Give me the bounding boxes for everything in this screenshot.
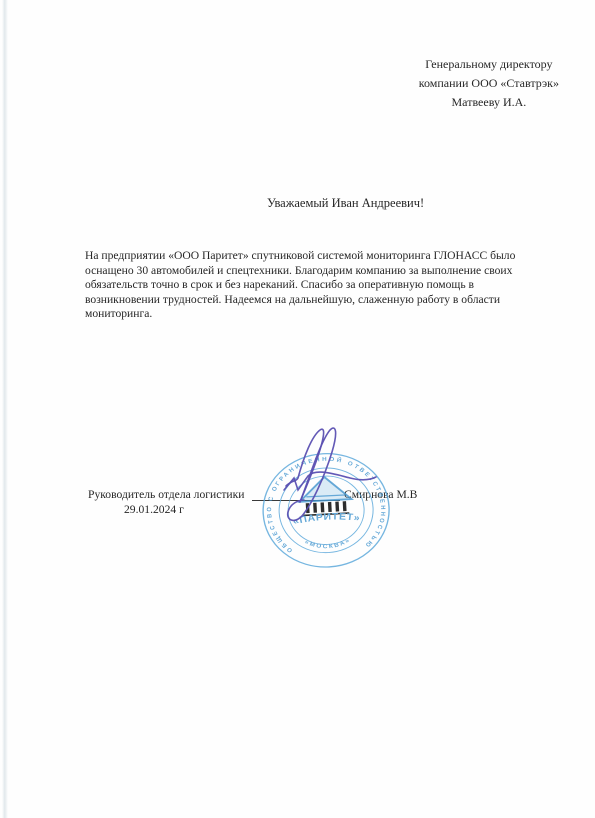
body-line: мониторинга. [85,307,567,322]
body-line: возникновении трудностей. Надеемся на да… [85,293,567,308]
letter-page: { "page": { "background": "#fefefe", "te… [0,0,595,818]
recipient-line: Генеральному директору [419,55,559,74]
body-line: обязательств точно в срок и без нарекани… [85,278,567,293]
body-line: На предприятии «ООО Паритет» спутниковой… [85,249,567,264]
handwritten-signature [258,420,388,530]
signoff-title: Руководитель отдела логистики [88,488,244,501]
body-paragraph: На предприятии «ООО Паритет» спутниковой… [85,249,567,322]
recipient-line: компании ООО «Ставтрэк» [419,74,559,93]
recipient-block: Генеральному директору компании ООО «Ста… [419,55,559,112]
salutation: Уважаемый Иван Андреевич! [267,196,424,211]
recipient-line: Матвееву И.А. [419,93,559,112]
body-line: оснащено 30 автомобилей и спецтехники. Б… [85,264,567,279]
signoff-date: 29.01.2024 г [124,503,184,516]
scan-edge-artifact [2,0,8,818]
